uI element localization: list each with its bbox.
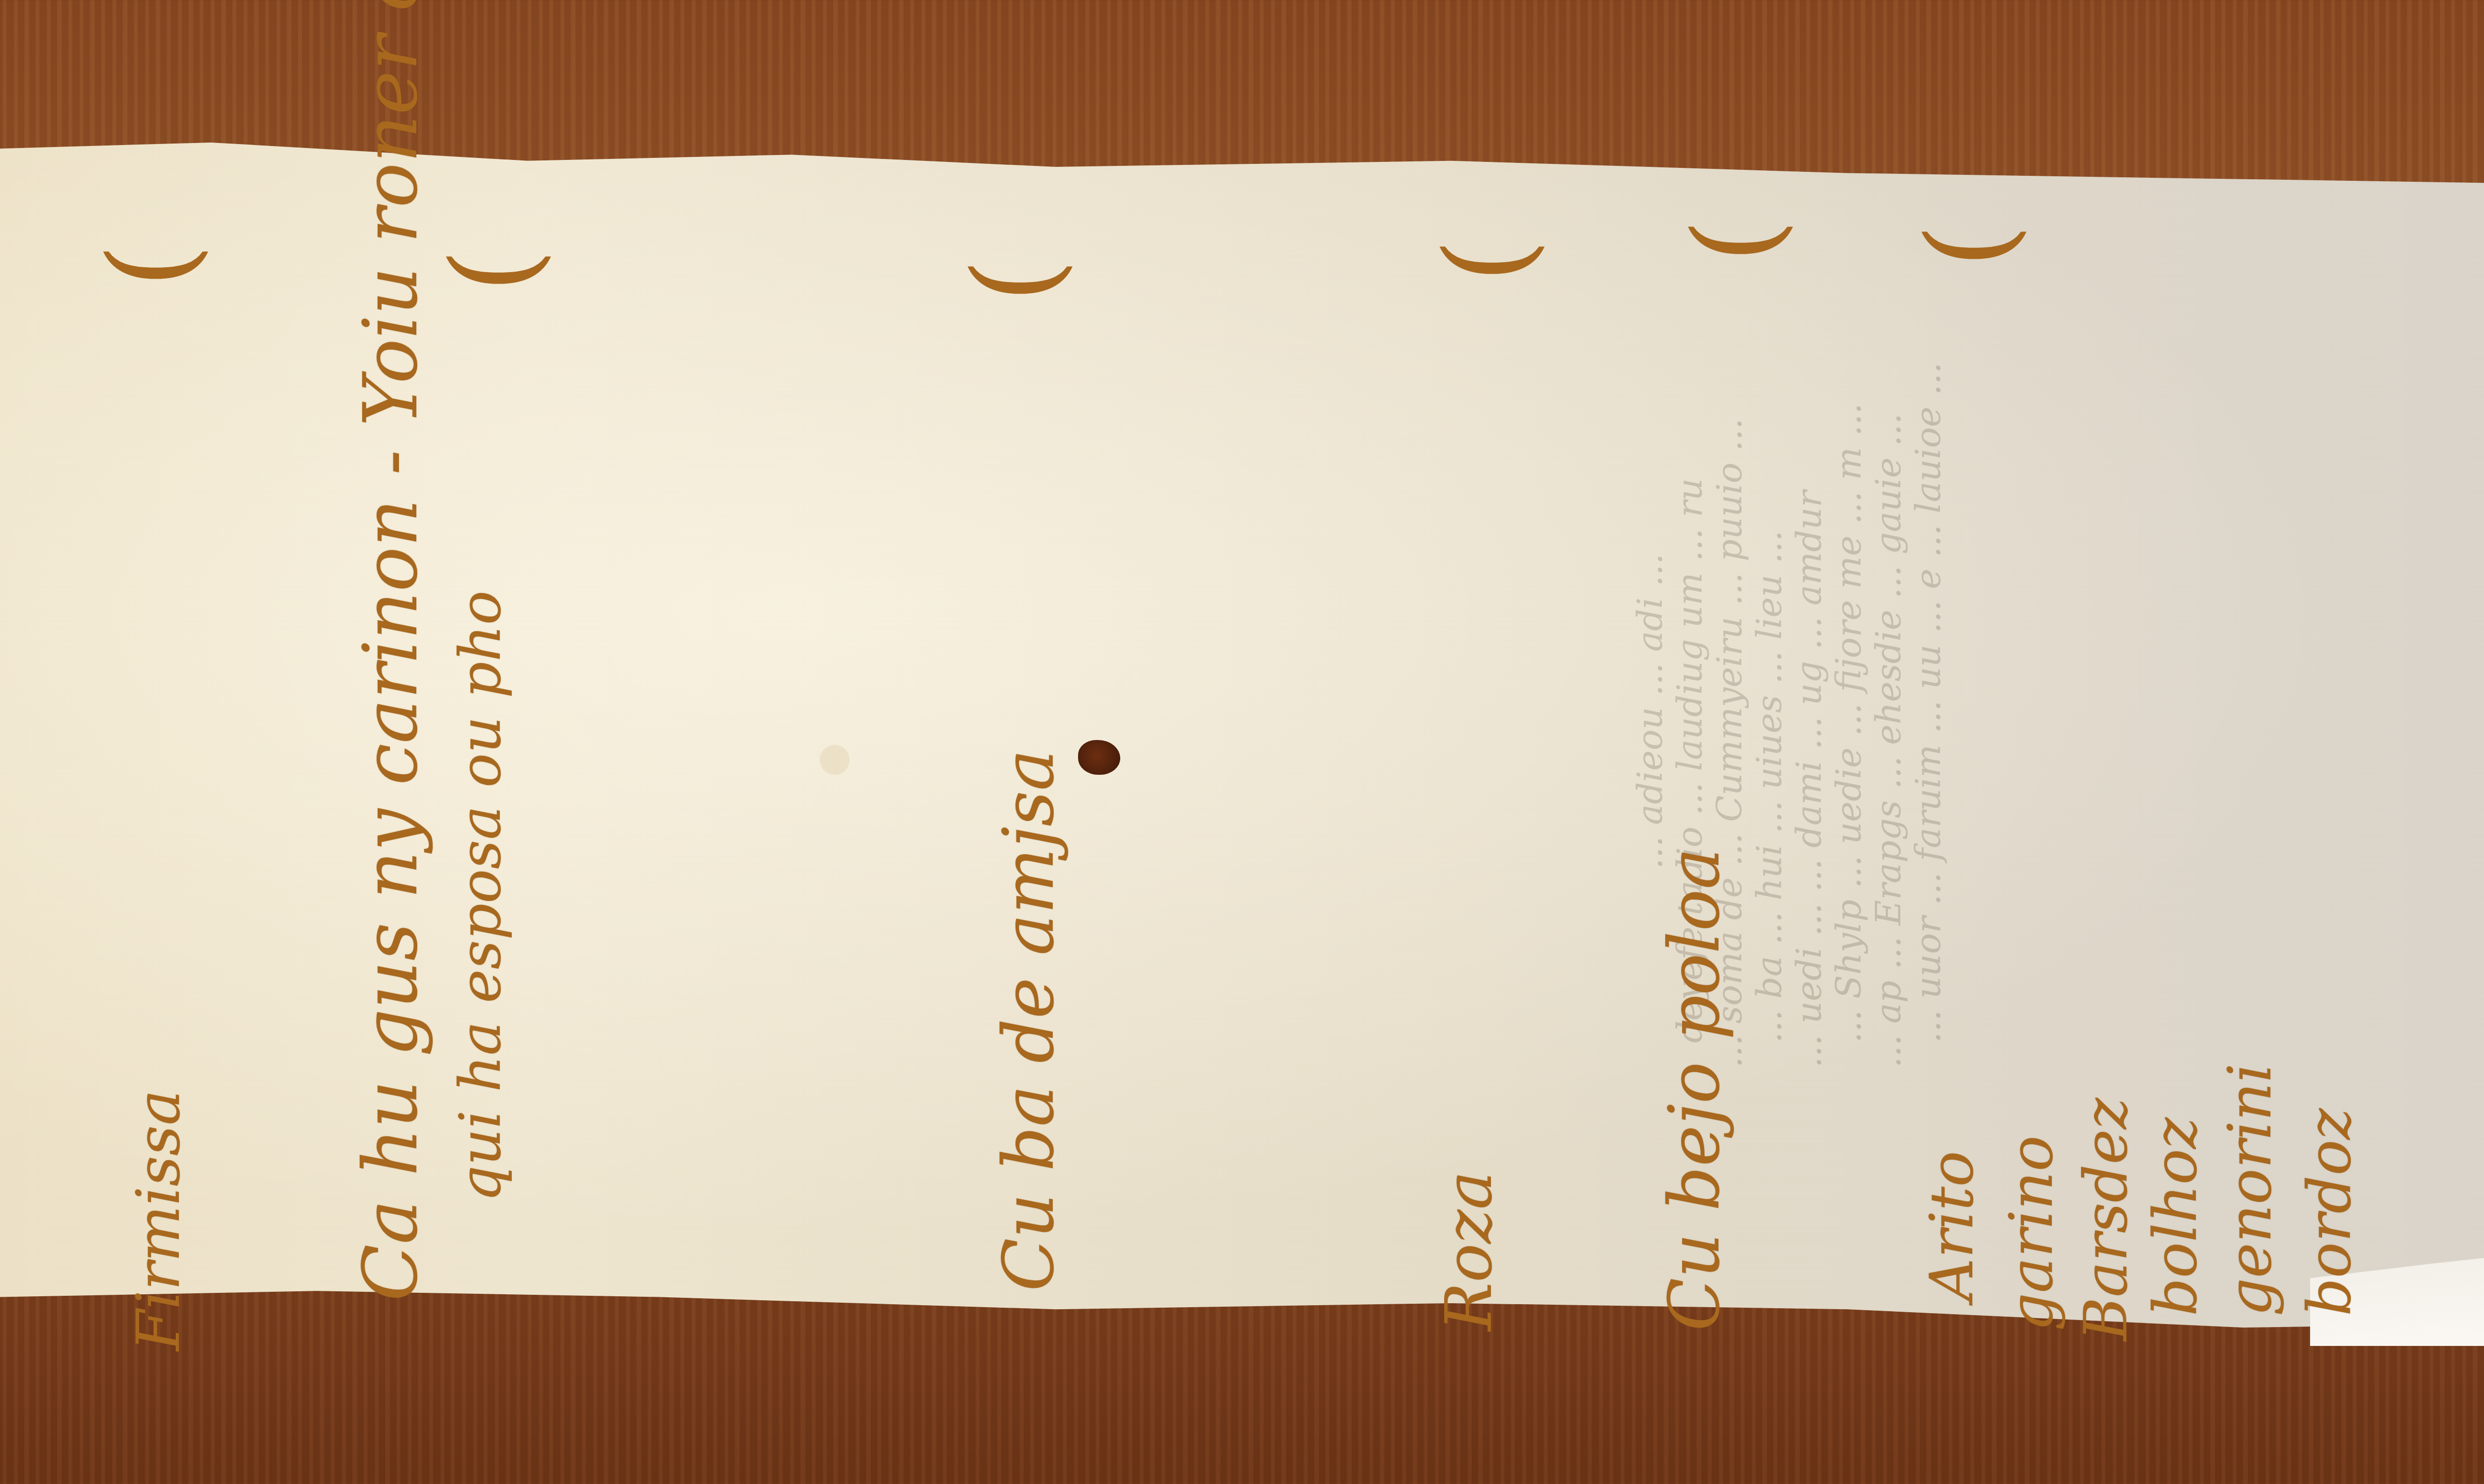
paper-stain	[820, 745, 850, 775]
inscription-firmissa: Firmissa	[124, 1090, 193, 1351]
list-item: garino	[1997, 1135, 2066, 1331]
inscription-cu-ba: Cu ba de amjsa	[989, 749, 1070, 1291]
brace-mark: (	[959, 258, 1073, 303]
brace-mark: (	[94, 243, 209, 288]
inscription-main-line: Ca hu gus ny carinon - Yoiu roner ou ejo…	[348, 0, 434, 1301]
ghost-text-line: ... ba ... hui ... uiues ... lieu ...	[1749, 530, 1789, 1043]
paper-hole	[1078, 740, 1120, 775]
list-item: genorini	[2216, 1063, 2285, 1316]
inscription-cu-bejo: Cu bejo poloa	[1654, 848, 1735, 1331]
ghost-text-line: ... uuor ... faruim ... uu ... e ... lau…	[1908, 362, 1948, 1043]
inscription-roza: Roza	[1431, 1171, 1506, 1331]
list-item: Barsdez	[2072, 1098, 2141, 1341]
ghost-text-line: ... adieou ... adi ...	[1630, 553, 1670, 869]
inscription-second-line: qui ha esposa ou pho	[447, 591, 514, 1202]
brace-mark: (	[1913, 223, 2027, 268]
brace-mark: (	[1679, 219, 1793, 263]
brace-mark: (	[437, 248, 551, 293]
list-item: bolhoz	[2141, 1117, 2210, 1316]
brace-mark: (	[1431, 238, 1545, 283]
ghost-text-line: ... Shylp ... uedie ... fijore me ... m …	[1828, 403, 1869, 1043]
list-item: Arito	[1918, 1151, 1987, 1301]
ghost-text-line: ... ap ... Erapgs ... ehesdie ... gauie …	[1868, 413, 1909, 1068]
ghost-text-line: ... uedi ... ... dami ... ug ... amdur	[1788, 491, 1829, 1068]
list-item: bordoz	[2295, 1108, 2364, 1316]
